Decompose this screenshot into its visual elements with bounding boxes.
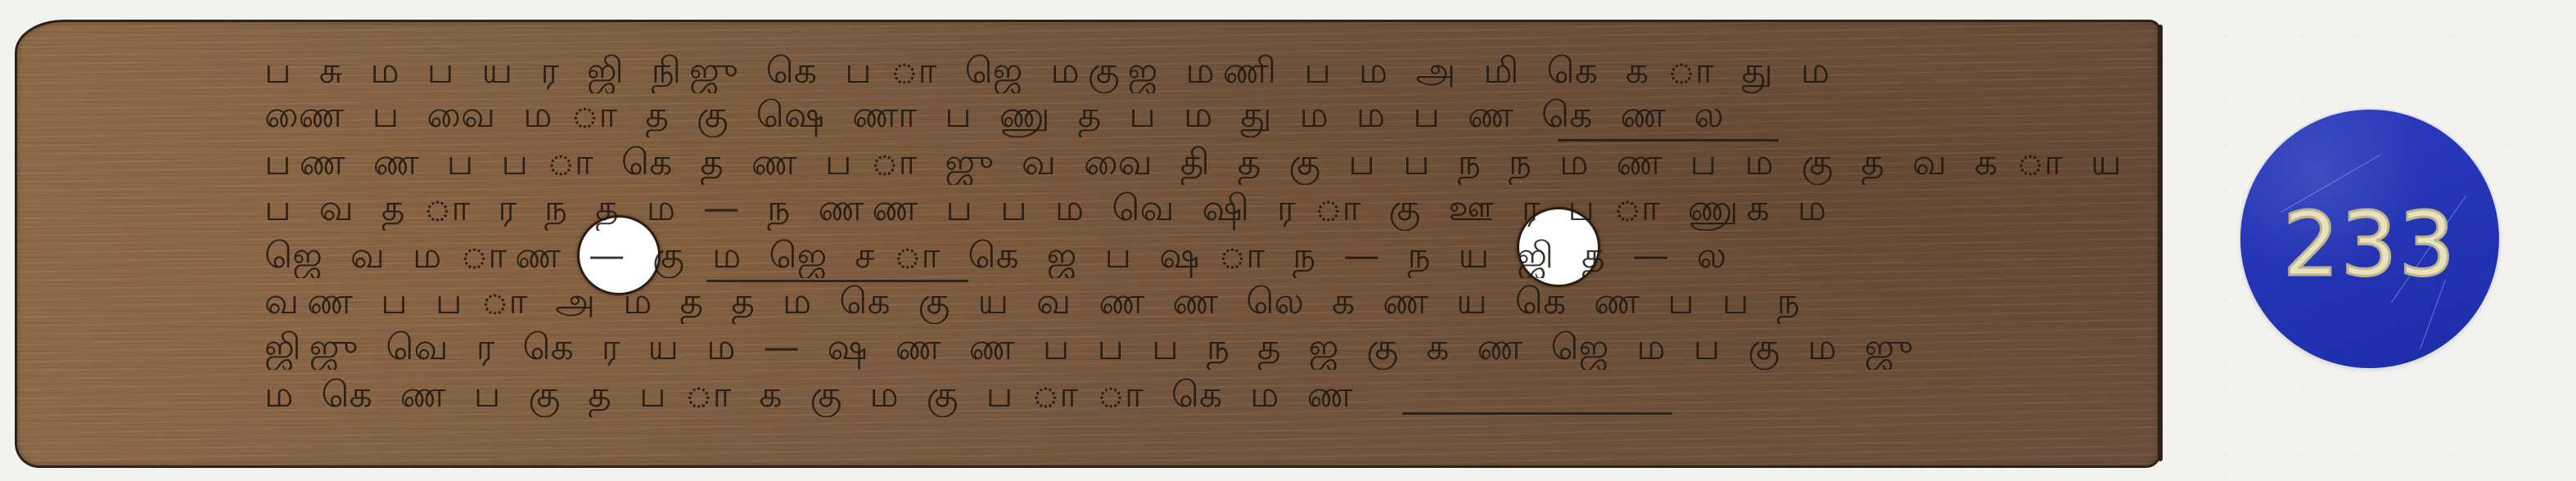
manuscript-line-8: ம கெ ண ப கு த ப ா க கு ம கு ப ா ா கெ ம ண bbox=[264, 373, 2131, 417]
manuscript-line-4: ப வ த ா ர ந த ம — ந ணண ப ப ம வெ ஷி ர ா க… bbox=[264, 187, 2131, 231]
ink-line-stroke bbox=[1402, 412, 1672, 415]
manuscript-line-5: ஜெ வ ம ாண — கு ம ஜெ ச ா கெ ஜ ப ஷ ா ந — ந… bbox=[264, 234, 2131, 278]
numbered-tag: 233 bbox=[2240, 110, 2499, 368]
manuscript-text: ப சு ம ப ய ர ஜி நிஜு கெ ப ா ஜெ மகுஜ மணி … bbox=[264, 49, 2131, 458]
manuscript-line-6: வண ப ப ா அ ம த த ம கெ கு ய வ ண ண லெ க ண … bbox=[264, 280, 2131, 324]
tag-number: 233 bbox=[2240, 201, 2499, 290]
leaf-edge bbox=[2158, 25, 2163, 461]
manuscript-line-3: பண ண ப ப ா கெ த ண ப ா ஜு வ வை தி த கு ப … bbox=[264, 141, 2131, 185]
manuscript-line-7: ஜிஜு வெ ர கெ ர ய ம — ஷ ண ண ப ப ப ந த ஜ க… bbox=[264, 326, 2131, 370]
manuscript-line-2: ணை ப வை ம ா த கு ஷெ ணா ப ணு த ப ம து ம ம… bbox=[264, 93, 2131, 137]
manuscript-line-1: ப சு ம ப ய ர ஜி நிஜு கெ ப ா ஜெ மகுஜ மணி … bbox=[264, 49, 2131, 93]
ink-line-stroke bbox=[1558, 139, 1779, 142]
palm-leaf-manuscript: ப சு ம ப ய ர ஜி நிஜு கெ ப ா ஜெ மகுஜ மணி … bbox=[15, 20, 2161, 468]
ink-line-stroke bbox=[706, 280, 968, 282]
